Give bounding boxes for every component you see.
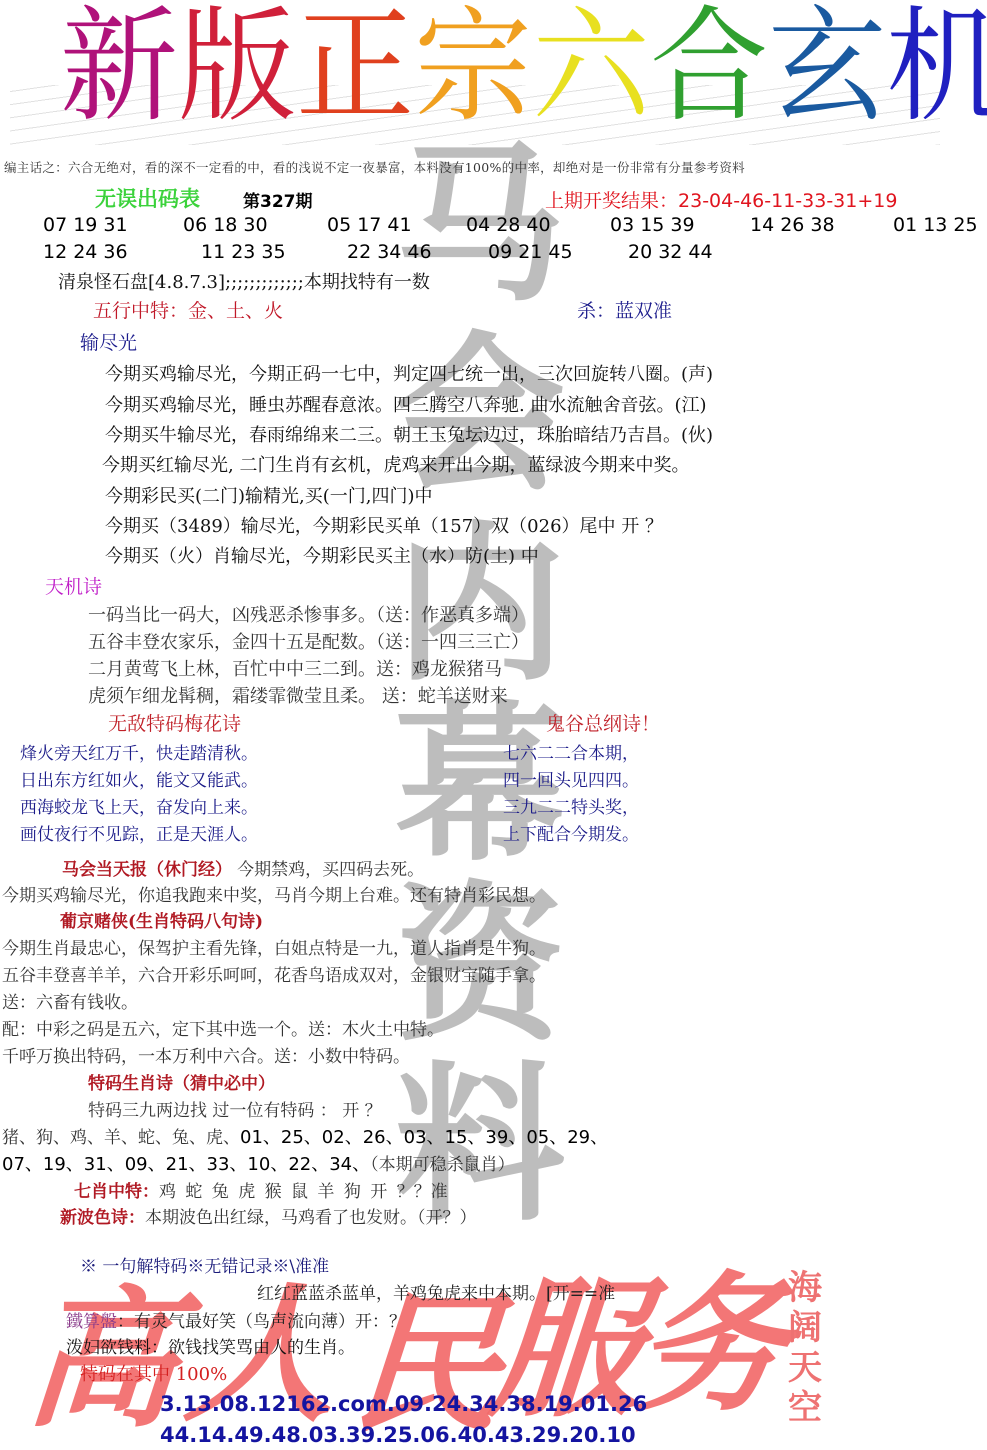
page-title: 新 版 正 宗 六 合 玄 机 料 [60, 0, 940, 140]
code-group: 09 21 45 [488, 241, 573, 263]
code-group: 11 23 35 [201, 241, 286, 263]
issue-number: 第327期 [243, 187, 313, 212]
code-group: 03 15 39 [610, 214, 695, 236]
code-group: 05 17 41 [327, 214, 412, 236]
lose-all-line: 今期买（火）肖输尽光，今期彩民买主（水）防(土) 中 [105, 542, 539, 568]
last-result-label: 上期开奖结果： [545, 190, 678, 212]
mahui-header: 马会当天报（休门经） 今期禁鸡，买四码去死。 [62, 855, 424, 880]
pujing-line: 配：中彩之码是五六，定下其中选一个。送：木火土中特。 [2, 1015, 444, 1040]
title-char: 正 [296, 0, 414, 144]
pujing-line: 千呼万换出特码，一本万利中六合。送：小数中特码。 [2, 1042, 410, 1067]
lose-all-line: 今期买红输尽光, 二门生肖有玄机，虎鸡来开出今期，蓝绿波今期来中奖。 [102, 451, 689, 477]
tianji-title: 天机诗 [45, 572, 102, 599]
code-table-title: 无误出码表 [95, 183, 200, 213]
plum-poem-line: 画仗夜行不见踪，正是天涯人。 [20, 820, 258, 845]
plum-poem-line: 烽火旁天红万千，快走踏清秋。 [20, 739, 258, 764]
tianji-line: 虎须乍细龙髯稠，霜缕霏微莹且柔。 送：蛇羊送财来 [88, 682, 508, 708]
pujing-title: 葡京赌侠(生肖特码八句诗) [60, 907, 263, 932]
plum-poem-line: 西海蛟龙飞上天，奋发向上来。 [20, 793, 258, 818]
mahui-line: 今期买鸡输尽光，你追我跑来中奖，马肖今期上台难。还有特肖彩民想。 [2, 881, 546, 906]
title-char: 新 [60, 0, 178, 144]
final-numbers-row-2: 44.14.49.48.03.39.25.06.40.43.29.20.10 [160, 1423, 636, 1447]
pujing-line: 五谷丰登喜羊羊，六合开彩乐呵呵，花香鸟语成双对，金银财宝随手拿。 [2, 961, 546, 986]
zodiac-animals: 猪、狗、鸡、羊、蛇、兔、虎、 [2, 1128, 240, 1148]
title-char: 机 [886, 0, 987, 144]
guigu-poem-line: 上下配合今期发。 [503, 820, 639, 845]
guigu-poem-title: 鬼谷总纲诗！ [546, 709, 660, 736]
tianji-line: 五谷丰登农家乐，金四十五是配数。（送：一四三三亡） [88, 628, 529, 654]
lose-all-line: 今期买（3489）输尽光，今期彩民买单（157）双（026）尾中 开 ？ [105, 512, 663, 538]
last-result: 上期开奖结果：23-04-46-11-33-31+19 [545, 186, 897, 213]
qingquan-line: 清泉怪石盘[4.8.7.3];;;;;;;;;;;;;本期找特有一数 [58, 268, 430, 294]
final-label: 特码在其中 100% [80, 1360, 227, 1386]
shrew-line: 泼妇欲钱料：欲钱找笑骂由人的生肖。 [66, 1333, 355, 1358]
zodiac-poem-title: 特码生肖诗（猜中必中） [88, 1069, 275, 1094]
lose-all-title: 输尽光 [80, 328, 137, 355]
iron-abacus-label: 鐵算盤 [66, 1312, 117, 1332]
code-group: 12 24 36 [43, 241, 128, 263]
wuxing-label: 五行中特：金、土、火 [93, 296, 283, 323]
seven-zodiac-value: 鸡 蛇 兔 虎 猴 鼠 羊 狗 开 ？？准 [159, 1182, 448, 1202]
one-line-text: 红红蓝蓝杀蓝单，羊鸡兔虎来中本期。[开==准 [257, 1279, 615, 1304]
seven-zodiac: 七肖中特：鸡 蛇 兔 虎 猴 鼠 羊 狗 开 ？？准 [74, 1177, 448, 1202]
mahui-title: 马会当天报（休门经） [62, 860, 232, 880]
mahui-tail: 今期禁鸡，买四码去死。 [237, 860, 424, 880]
wave-poem-label: 新波色诗： [60, 1208, 145, 1228]
code-group: 20 32 44 [628, 241, 713, 263]
final-numbers-row-1: 3.13.08.12162.com.09.24.34.38.19.01.26 [160, 1392, 647, 1416]
plum-poem-title: 无敌特码梅花诗 [108, 709, 241, 736]
lose-all-line: 今期彩民买(二门)输精光,买(一门,四门)中 [105, 482, 433, 508]
tianji-line: 一码当比一码大，凶残恶杀惨事多。（送：作恶真多端） [88, 601, 529, 627]
guigu-poem-line: 三九二二特头奖， [503, 793, 639, 818]
last-result-value: 23-04-46-11-33-31+19 [678, 190, 897, 212]
zodiac-numbers-row-2: 07、19、31、09、21、33、10、22、34、（本期可稳杀鼠肖） [2, 1150, 515, 1176]
pujing-line: 送：六畜有钱收。 [2, 988, 138, 1013]
iron-abacus-value: ：有灵气最好笑（鸟声流向薄）开：？ [117, 1312, 406, 1332]
title-char: 版 [178, 0, 296, 144]
kill-label: 杀：蓝双准 [577, 296, 672, 323]
guigu-poem-line: 七六二二合本期， [503, 739, 639, 764]
code-group: 06 18 30 [183, 214, 268, 236]
pujing-line: 今期生肖最忠心，保驾护主看先锋，白姐点特是一九，道人指肖是牛狗。 [2, 934, 546, 959]
zodiac-note: （本期可稳杀鼠肖） [370, 1155, 515, 1175]
zodiac-numbers: 07、19、31、09、21、33、10、22、34、 [2, 1154, 370, 1175]
code-group: 04 28 40 [466, 214, 551, 236]
wave-poem: 新波色诗：本期波色出红绿，马鸡看了也发财。（开？） [60, 1203, 477, 1228]
lose-all-line: 今期买鸡输尽光，今期正码一七中，判定四七统一出，三次回旋转八圈。(声) [105, 360, 713, 386]
code-group: 07 19 31 [43, 214, 128, 236]
lose-all-line: 今期买鸡输尽光，睡虫苏醒春意浓。四三腾空八奔驰. 曲水流触舍音弦。(江) [105, 391, 707, 417]
title-char: 玄 [768, 0, 886, 144]
lose-all-line: 今期买牛输尽光，春雨绵绵来二三。朝王玉兔坛边过，珠胎暗结乃吉昌。(伙) [105, 421, 713, 447]
editor-intro: 编主话之：六合无绝对，看的深不一定看的中，看的浅说不定一夜暴富，本料没有100%… [4, 158, 745, 176]
guigu-poem-line: 四一回头见四四。 [503, 766, 639, 791]
code-group: 01 13 25 [893, 214, 978, 236]
title-char: 六 [532, 0, 650, 144]
seven-zodiac-label: 七肖中特： [74, 1182, 159, 1202]
title-char: 合 [650, 0, 768, 144]
zodiac-numbers-row-1: 猪、狗、鸡、羊、蛇、兔、虎、01、25、02、26、03、15、39、05、29… [2, 1123, 608, 1149]
title-char: 宗 [414, 0, 532, 144]
zodiac-poem-line: 特码三九两边找 过一位有特码 ： 开 ？ [88, 1096, 382, 1121]
code-group: 22 34 46 [347, 241, 432, 263]
plum-poem-line: 日出东方红如火，能文又能武。 [20, 766, 258, 791]
watermark-vertical-text: 海阔天空 [785, 1268, 825, 1428]
iron-abacus: 鐵算盤：有灵气最好笑（鸟声流向薄）开：？ [66, 1307, 406, 1332]
one-line-title: ※ 一句解特码※无错记录※\准准 [80, 1252, 329, 1277]
wave-poem-value: 本期波色出红绿，马鸡看了也发财。（开？） [145, 1208, 477, 1228]
code-group: 14 26 38 [750, 214, 835, 236]
tianji-line: 二月黄莺飞上林，百忙中中三二到。送：鸡龙猴猪马 [88, 655, 502, 681]
zodiac-numbers: 01、25、02、26、03、15、39、05、29、 [240, 1127, 608, 1148]
